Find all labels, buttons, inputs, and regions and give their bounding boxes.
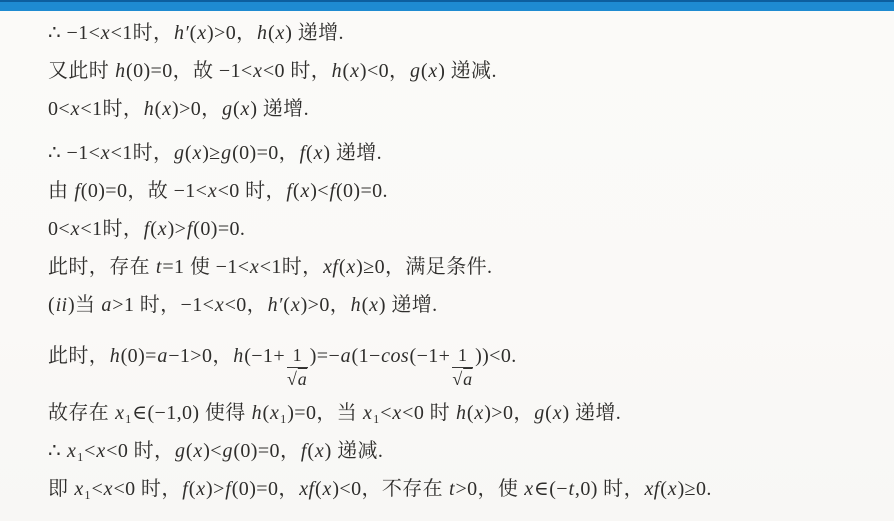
math-line: 由 f(0)=0，故 −1<x<0 时，f(x)<f(0)=0. bbox=[48, 172, 884, 210]
math-line: 0<x<1时，h(x)>0，g(x) 递增. bbox=[48, 90, 884, 128]
math-line: 故存在 x₁∈(−1,0) 使得 h(x₁)=0，当 x₁<x<0 时 h(x)… bbox=[48, 394, 884, 432]
math-line: ∴ −1<x<1时，h′(x)>0，h(x) 递增. bbox=[48, 14, 884, 52]
fraction: 1√a bbox=[287, 346, 308, 389]
math-line: 又此时 h(0)=0，故 −1<x<0 时，h(x)<0，g(x) 递减. bbox=[48, 52, 884, 90]
math-line: ∴ x₁<x<0 时，g(x)<g(0)=0，f(x) 递减. bbox=[48, 432, 884, 470]
fraction-denominator: √a bbox=[287, 368, 308, 390]
math-line: 0<x<1时，f(x)>f(0)=0. bbox=[48, 210, 884, 248]
fraction: 1√a bbox=[452, 346, 473, 389]
fraction-denominator: √a bbox=[452, 368, 473, 390]
math-line: 此时，存在 t=1 使 −1<x<1时，xf(x)≥0，满足条件. bbox=[48, 248, 884, 286]
document-lines: ∴ −1<x<1时，h′(x)>0，h(x) 递增.又此时 h(0)=0，故 −… bbox=[48, 14, 884, 508]
scanned-math-document: ∴ −1<x<1时，h′(x)>0，h(x) 递增.又此时 h(0)=0，故 −… bbox=[0, 11, 894, 521]
math-line: 即 x₁<x<0 时，f(x)>f(0)=0，xf(x)<0，不存在 t>0，使… bbox=[48, 470, 884, 508]
math-line: (ii)当 a>1 时，−1<x<0，h′(x)>0，h(x) 递增. bbox=[48, 286, 884, 324]
math-line: ∴ −1<x<1时，g(x)≥g(0)=0，f(x) 递增. bbox=[48, 134, 884, 172]
screenshot-root: ∴ −1<x<1时，h′(x)>0，h(x) 递增.又此时 h(0)=0，故 −… bbox=[0, 0, 894, 521]
math-line: 此时，h(0)=a−1>0，h(−1+1√a)=−a(1−cos(−1+1√a)… bbox=[48, 326, 884, 390]
fraction-numerator: 1 bbox=[452, 346, 473, 368]
fraction-numerator: 1 bbox=[287, 346, 308, 368]
window-top-bar bbox=[0, 0, 894, 11]
